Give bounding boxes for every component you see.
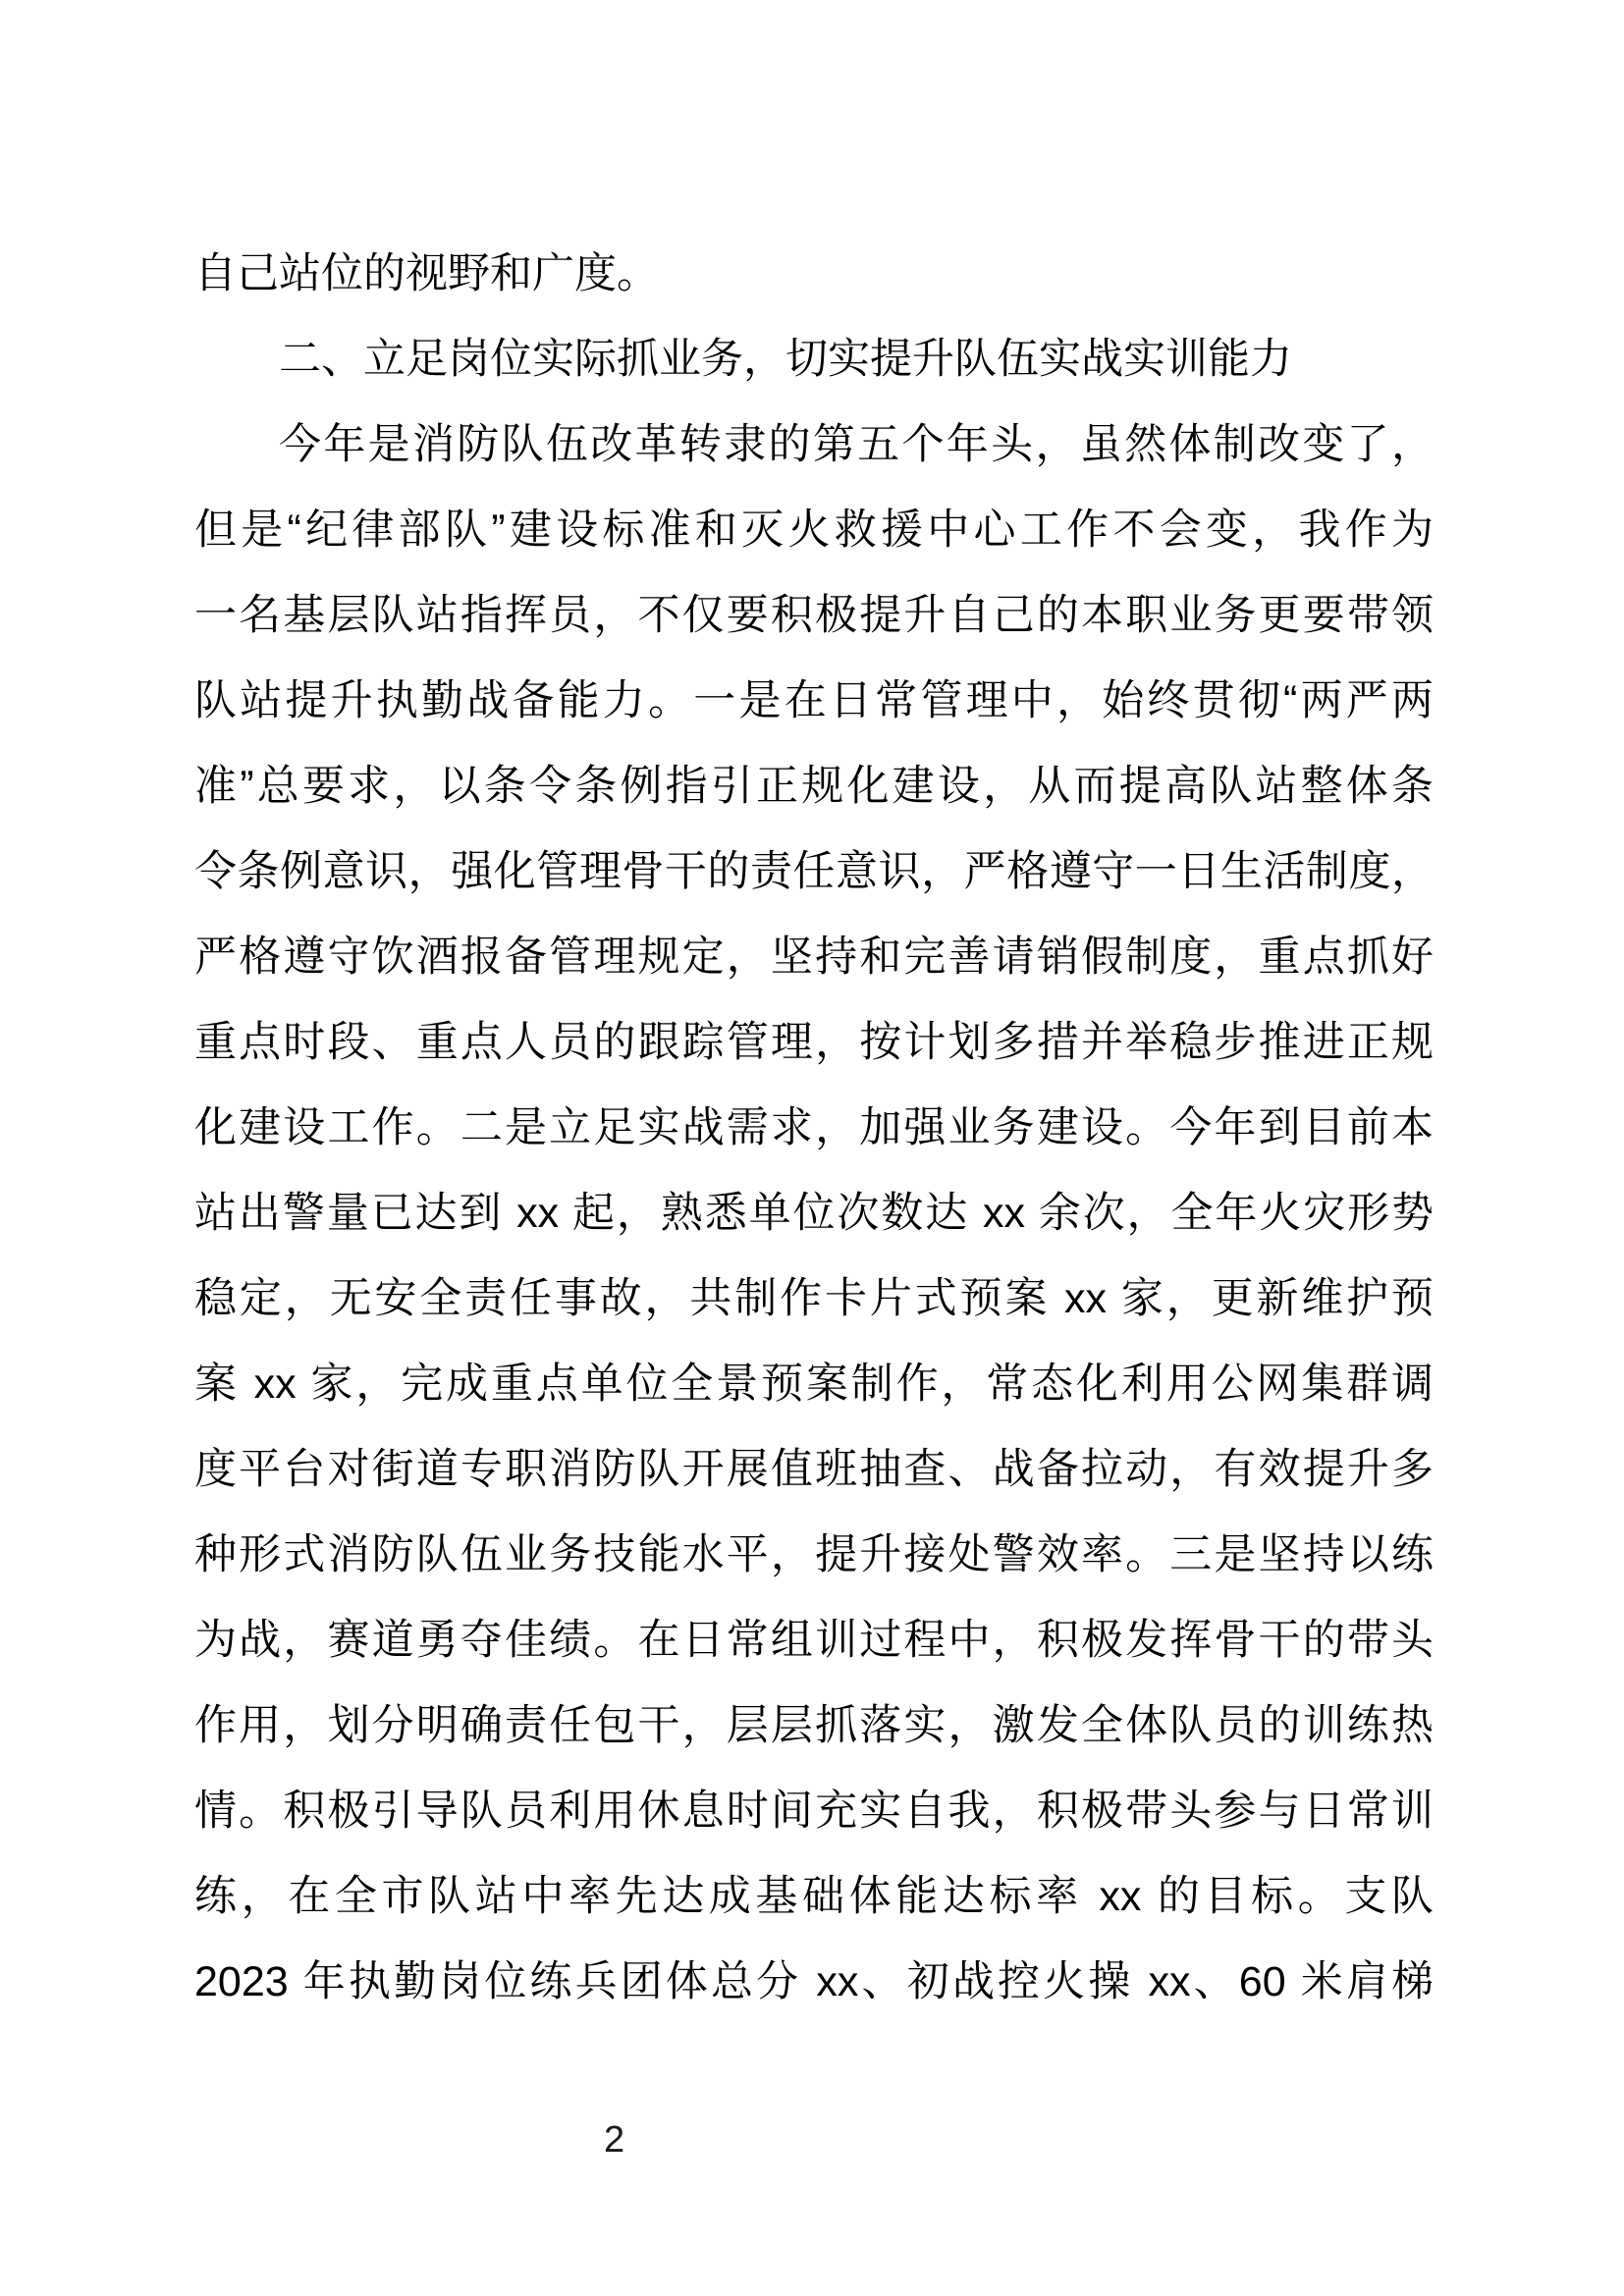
text-line: 严格遵守饮酒报备管理规定，坚持和完善请销假制度，重点抓好 [194,915,1434,1000]
text-line: 稳定，无安全责任事故，共制作卡片式预案 xx 家，更新维护预 [194,1256,1434,1342]
text-line: 练，在全市队站中率先达成基础体能达标率 xx 的目标。支队 [194,1854,1434,1940]
text-line: 令条例意识，强化管理骨干的责任意识，严格遵守一日生活制度， [194,829,1434,915]
page-number: 2 [604,2116,663,2163]
text-line: 今年是消防队伍改革转隶的第五个年头，虽然体制改变了， [194,402,1434,488]
text-line: 度平台对街道专职消防队开展值班抽查、战备拉动，有效提升多 [194,1427,1434,1513]
text-line: 2023 年执勤岗位练兵团体总分 xx、初战控火操 xx、60 米肩梯 [194,1940,1434,2025]
text-line: 作用，划分明确责任包干，层层抓落实，激发全体队员的训练热 [194,1683,1434,1769]
text-line: 案 xx 家，完成重点单位全景预案制作，常态化利用公网集群调 [194,1342,1434,1427]
text-line: 重点时段、重点人员的跟踪管理，按计划多措并举稳步推进正规 [194,1000,1434,1086]
text-line: 情。积极引导队员利用休息时间充实自我，积极带头参与日常训 [194,1769,1434,1854]
document-page: 自己站位的视野和广度。二、立足岗位实际抓业务，切实提升队伍实战实训能力今年是消防… [0,0,1624,2296]
text-line: 一名基层队站指挥员，不仅要积极提升自己的本职业务更要带领 [194,573,1434,659]
text-line: 种形式消防队伍业务技能水平，提升接处警效率。三是坚持以练 [194,1513,1434,1598]
text-line: 化建设工作。二是立足实战需求，加强业务建设。今年到目前本 [194,1086,1434,1171]
section-heading-line: 二、立足岗位实际抓业务，切实提升队伍实战实训能力 [194,317,1434,402]
text-line: 准”总要求，以条令条例指引正规化建设，从而提高队站整体条 [194,744,1434,829]
document-body: 自己站位的视野和广度。二、立足岗位实际抓业务，切实提升队伍实战实训能力今年是消防… [194,232,1434,2025]
text-line: 队站提升执勤战备能力。一是在日常管理中，始终贯彻“两严两 [194,659,1434,744]
text-line: 自己站位的视野和广度。 [194,232,1434,317]
text-line: 但是“纪律部队”建设标准和灭火救援中心工作不会变，我作为 [194,488,1434,573]
text-line: 站出警量已达到 xx 起，熟悉单位次数达 xx 余次，全年火灾形势 [194,1171,1434,1256]
text-line: 为战，赛道勇夺佳绩。在日常组训过程中，积极发挥骨干的带头 [194,1598,1434,1683]
